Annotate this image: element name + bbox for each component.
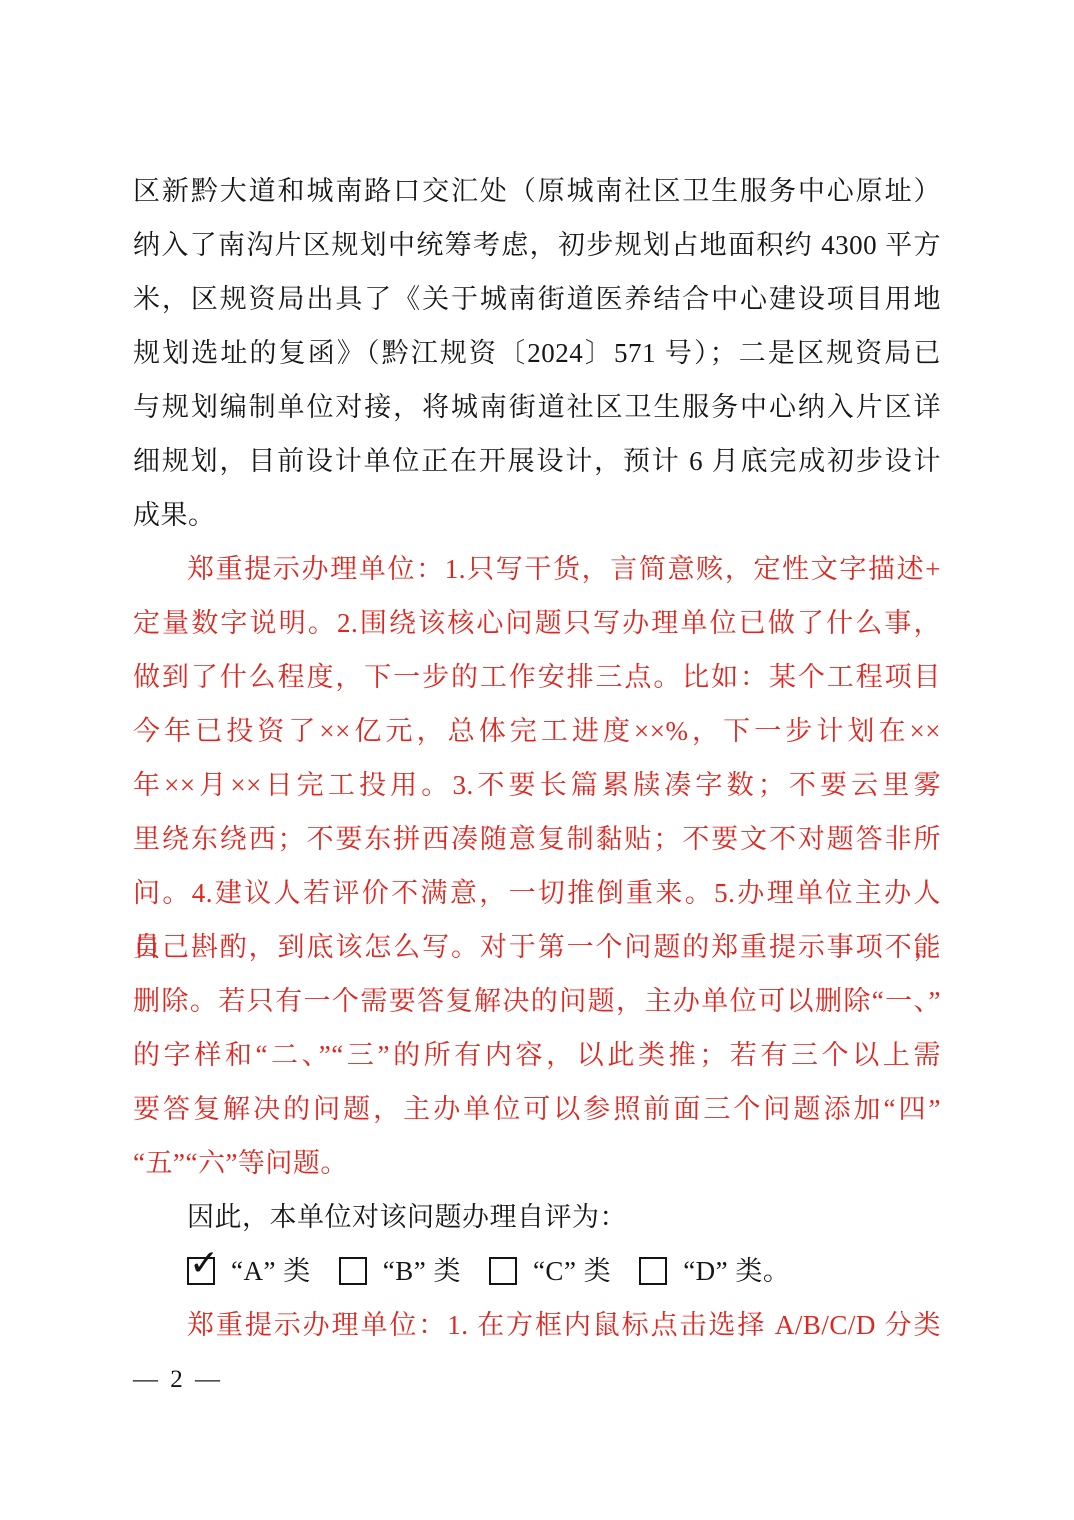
- check-icon: ✓: [189, 1246, 220, 1282]
- notice-text-line: 年××月××日完工投用。3.不要长篇累牍凑字数；不要云里雾: [133, 758, 941, 812]
- unchecked-checkbox-icon[interactable]: [489, 1257, 517, 1285]
- notice-text-line: “五”“六”等问题。: [133, 1136, 941, 1190]
- body-text-line: 因此，本单位对该问题办理自评为：: [133, 1190, 941, 1244]
- notice-text-line: 郑重提示办理单位：1. 在方框内鼠标点击选择 A/B/C/D 分类: [133, 1298, 941, 1352]
- checked-checkbox-icon[interactable]: ✓: [187, 1257, 215, 1285]
- rating-option-label-b: “B” 类: [383, 1244, 461, 1298]
- body-text-line: 米，区规资局出具了《关于城南街道医养结合中心建设项目用地: [133, 272, 941, 326]
- notice-text-line: 自己斟酌，到底该怎么写。对于第一个问题的郑重提示事项不能: [133, 920, 941, 974]
- notice-text-line: 定量数字说明。2.围绕该核心问题只写办理单位已做了什么事，: [133, 596, 941, 650]
- rating-option-label-c: “C” 类: [533, 1244, 611, 1298]
- rating-option-a[interactable]: ✓“A” 类: [187, 1244, 311, 1298]
- notice-text-line: 郑重提示办理单位：1.只写干货，言简意赅，定性文字描述+: [133, 542, 941, 596]
- body-text-line: 细规划，目前设计单位正在开展设计，预计 6 月底完成初步设计: [133, 434, 941, 488]
- page-number-footer: — 2 —: [133, 1365, 223, 1395]
- notice-text-line: 的字样和“二、”“三”的所有内容，以此类推；若有三个以上需: [133, 1028, 941, 1082]
- notice-text-line: 删除。若只有一个需要答复解决的问题，主办单位可以删除“一、”: [133, 974, 941, 1028]
- rating-row: ✓“A” 类“B” 类“C” 类“D” 类。: [133, 1244, 941, 1298]
- rating-option-c[interactable]: “C” 类: [489, 1244, 611, 1298]
- body-text-line: 纳入了南沟片区规划中统筹考虑，初步规划占地面积约 4300 平方: [133, 218, 941, 272]
- rating-option-b[interactable]: “B” 类: [339, 1244, 461, 1298]
- document-page: 区新黔大道和城南路口交汇处（原城南社区卫生服务中心原址）纳入了南沟片区规划中统筹…: [0, 0, 1074, 1520]
- document-body: 区新黔大道和城南路口交汇处（原城南社区卫生服务中心原址）纳入了南沟片区规划中统筹…: [133, 164, 941, 1352]
- notice-text-line: 问。4.建议人若评价不满意，一切推倒重来。5.办理单位主办人员，: [133, 866, 941, 920]
- rating-option-d[interactable]: “D” 类。: [639, 1244, 790, 1298]
- body-text-line: 与规划编制单位对接，将城南街道社区卫生服务中心纳入片区详: [133, 380, 941, 434]
- rating-option-label-a: “A” 类: [231, 1244, 311, 1298]
- rating-option-label-d: “D” 类。: [683, 1244, 790, 1298]
- body-text-line: 区新黔大道和城南路口交汇处（原城南社区卫生服务中心原址）: [133, 164, 941, 218]
- body-text-line: 成果。: [133, 488, 941, 542]
- body-text-line: 规划选址的复函》（黔江规资〔2024〕571 号）；二是区规资局已: [133, 326, 941, 380]
- notice-text-line: 要答复解决的问题，主办单位可以参照前面三个问题添加“四”: [133, 1082, 941, 1136]
- unchecked-checkbox-icon[interactable]: [639, 1257, 667, 1285]
- notice-text-line: 今年已投资了××亿元，总体完工进度××%，下一步计划在××: [133, 704, 941, 758]
- notice-text-line: 做到了什么程度，下一步的工作安排三点。比如：某个工程项目: [133, 650, 941, 704]
- notice-text-line: 里绕东绕西；不要东拼西凑随意复制黏贴；不要文不对题答非所: [133, 812, 941, 866]
- unchecked-checkbox-icon[interactable]: [339, 1257, 367, 1285]
